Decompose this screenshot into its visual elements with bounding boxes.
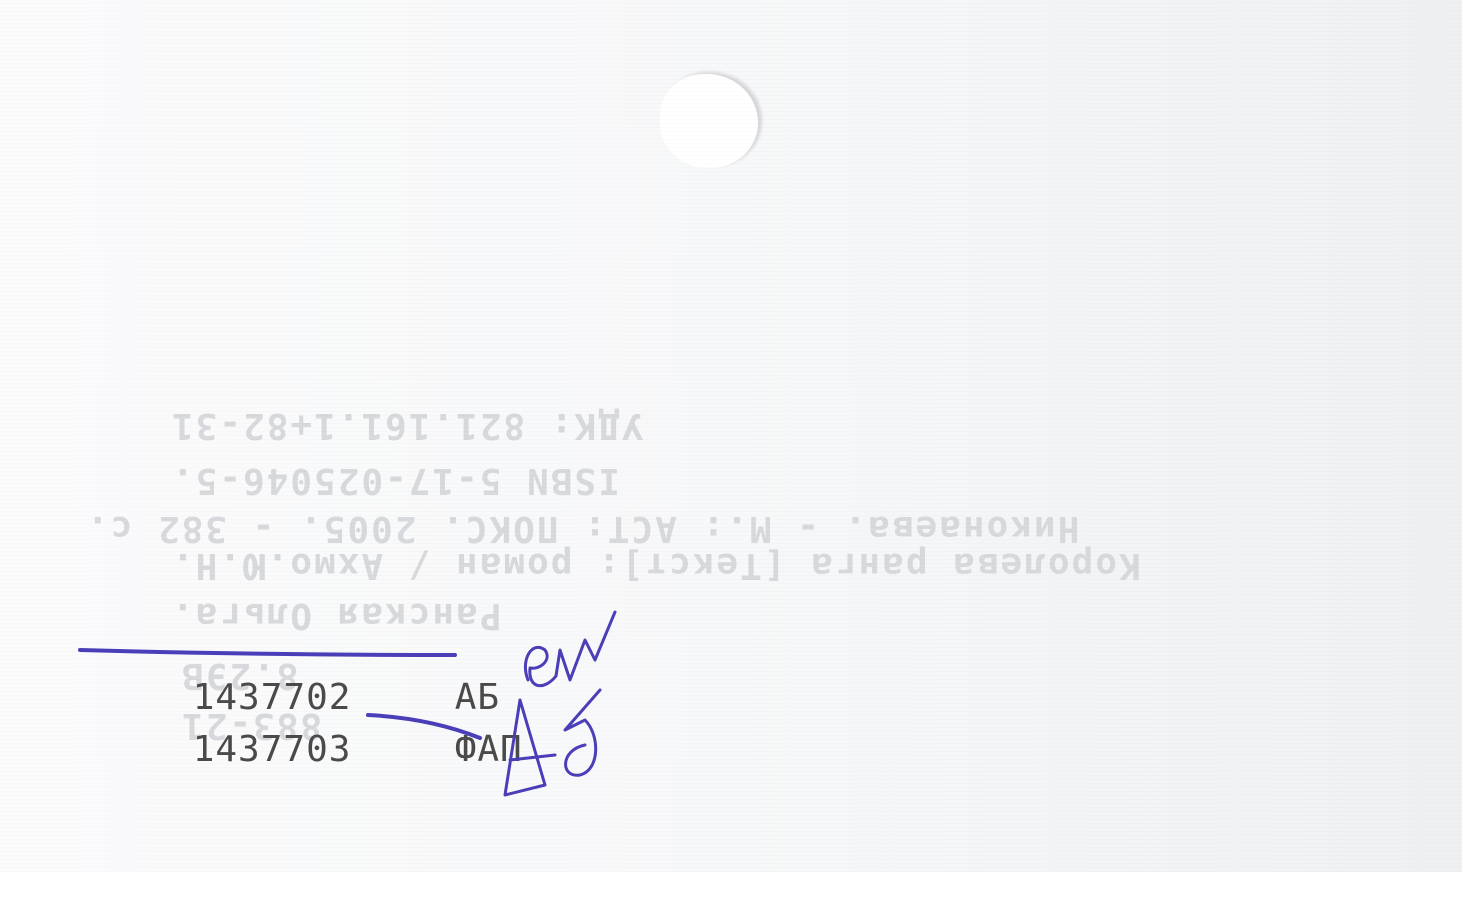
show-through-line: Никонаева. - М.: АСТ: ПОКС. 2005. - 382 … <box>85 508 1079 549</box>
underline-swoosh <box>368 715 480 738</box>
inventory-row: 1437703ФАП <box>102 688 523 811</box>
inventory-number: 1437703 <box>193 729 455 770</box>
show-through-line: Ранская Ольга. <box>170 595 501 636</box>
show-through-line: 883-21 <box>180 705 322 746</box>
show-through-line: 8.2ЭВ <box>180 655 298 696</box>
department-code: АБ <box>455 677 500 718</box>
handwriting-ew <box>525 612 615 686</box>
strike-through-line <box>80 650 455 655</box>
show-through-line: УДК: 821.161.1+82-31 <box>170 405 643 446</box>
handwritten-ink-marks <box>0 0 1482 897</box>
punch-hole <box>660 74 758 168</box>
inventory-row: 1437702АБ <box>102 636 500 759</box>
catalog-card: УДК: 821.161.1+82-31 ISBN 5-17-025046-5.… <box>0 0 1462 872</box>
handwriting-initials <box>505 690 600 795</box>
department-code: ФАП <box>455 729 523 770</box>
show-through-line: Королева ранга [Текст]: роман / Ахмо.Ю.Н… <box>170 545 1141 586</box>
show-through-line: ISBN 5-17-025046-5. <box>170 460 620 501</box>
inventory-number: 1437702 <box>193 677 455 718</box>
